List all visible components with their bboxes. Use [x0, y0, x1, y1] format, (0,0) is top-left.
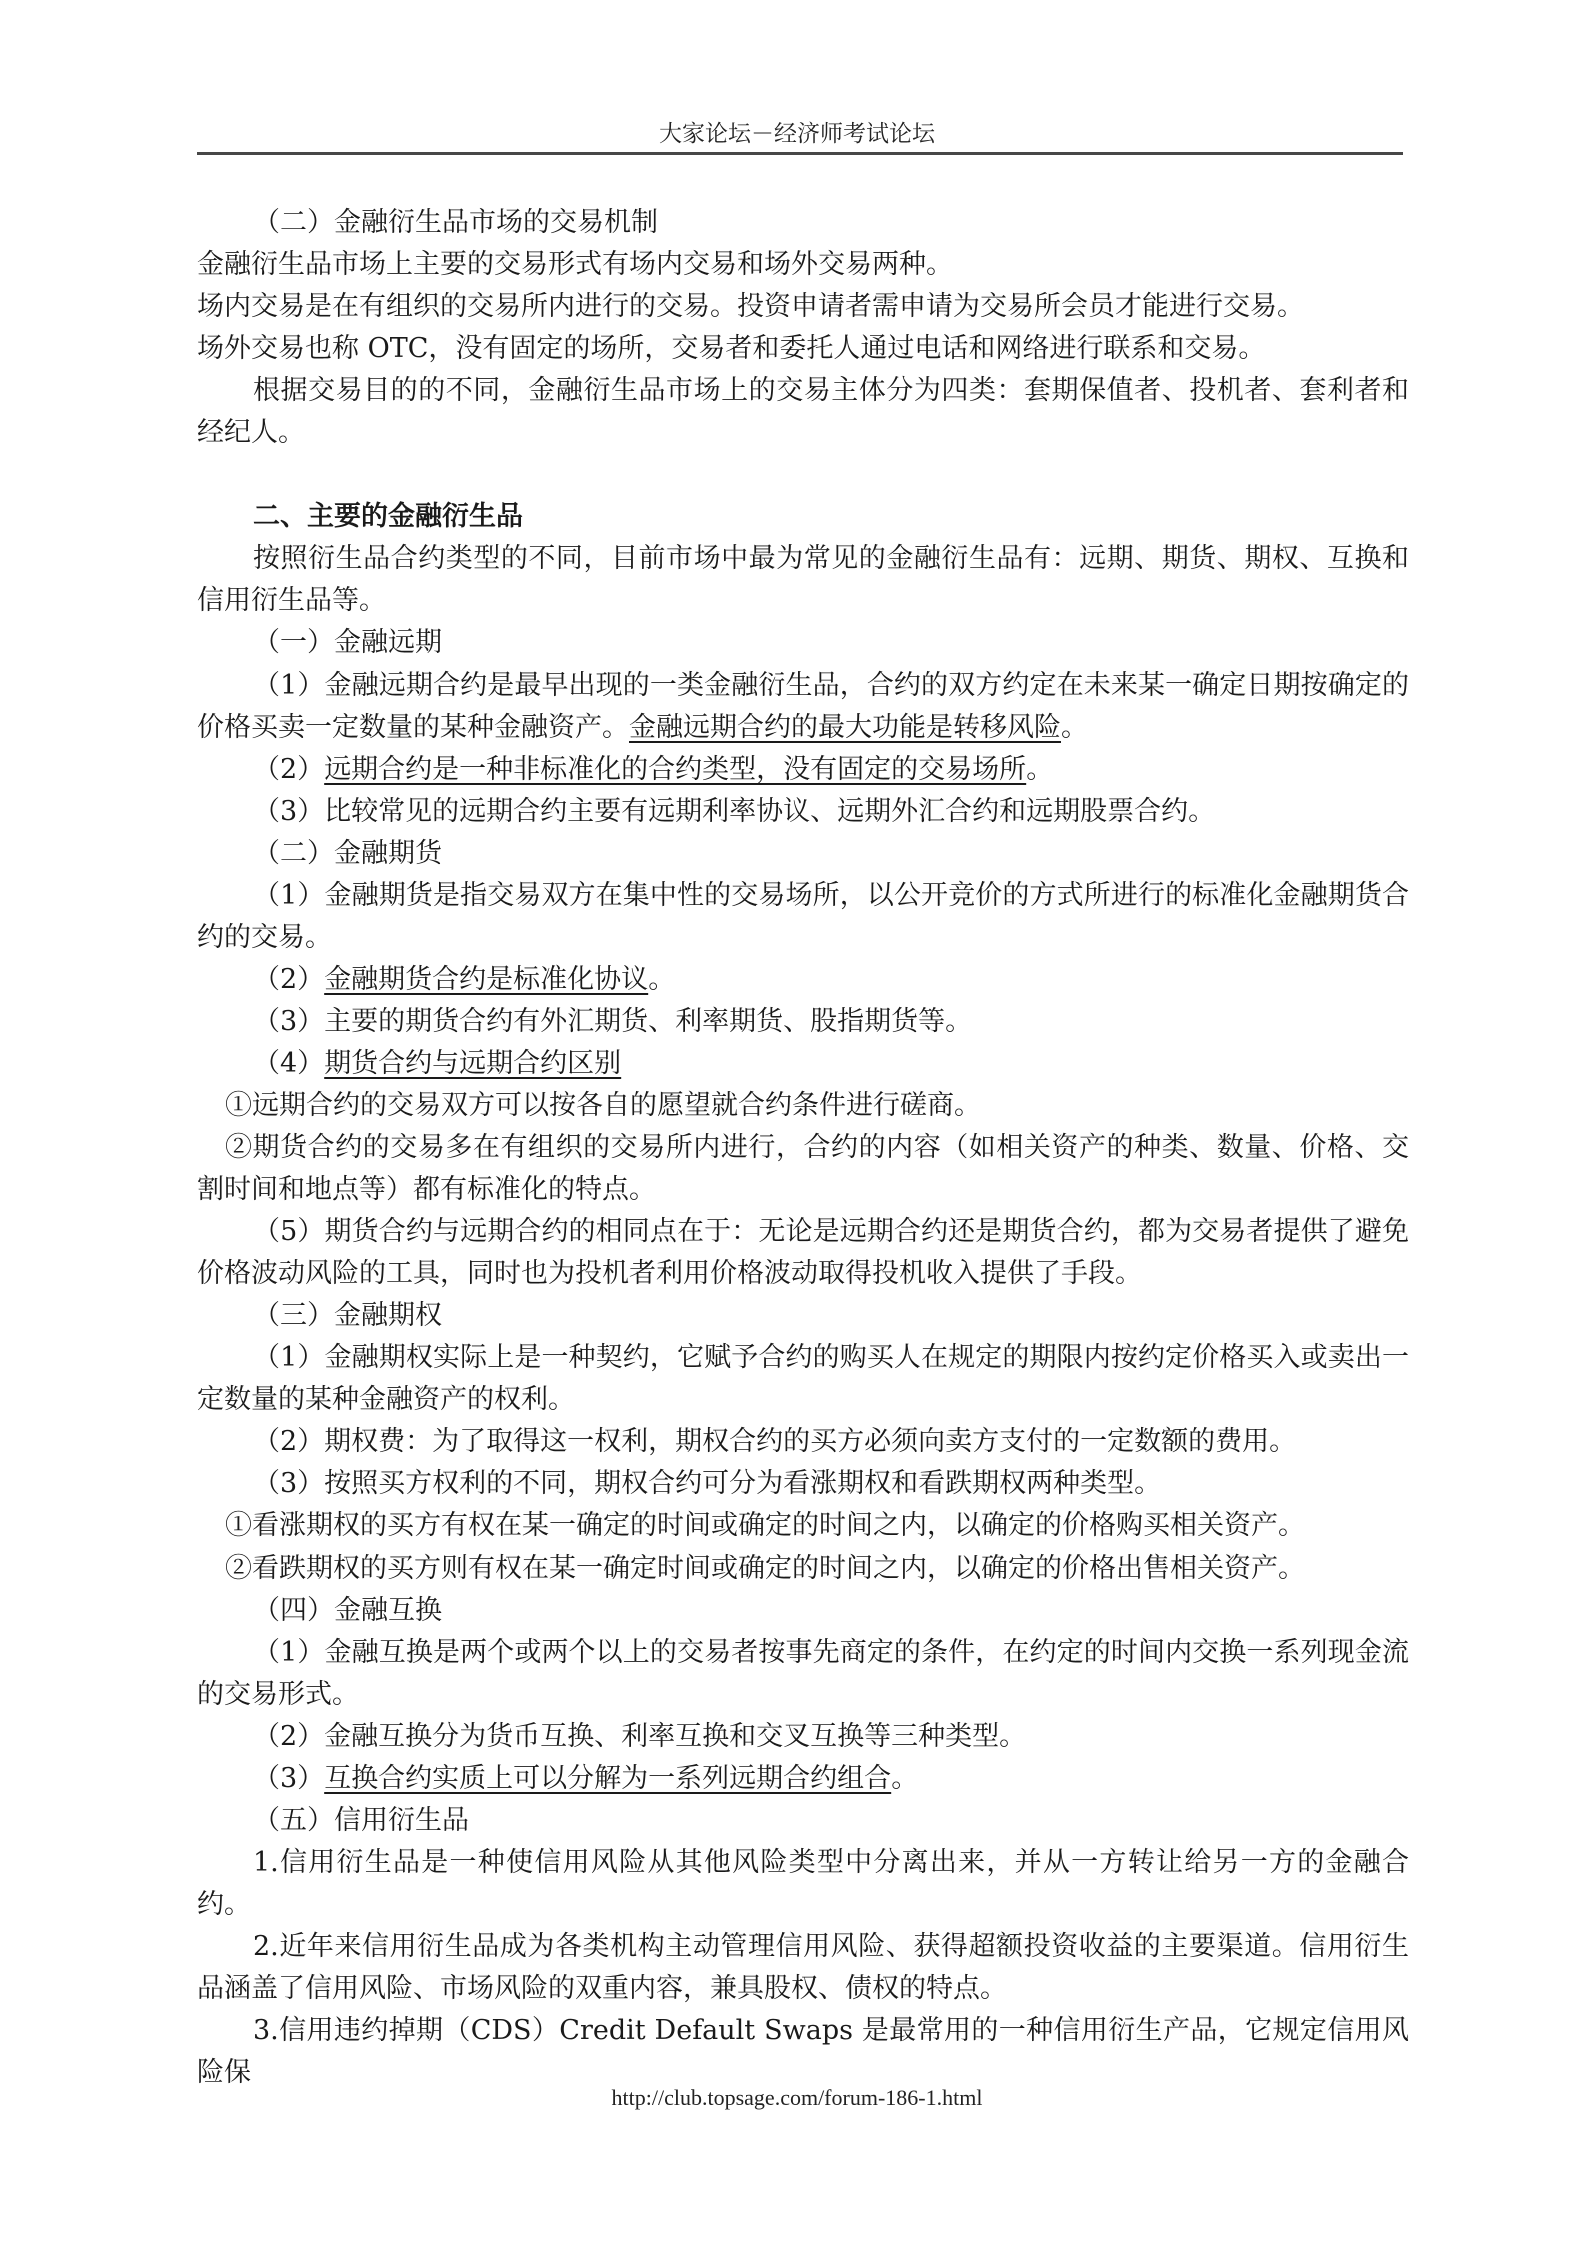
paragraph: ②期货合约的交易多在有组织的交易所内进行，合约的内容（如相关资产的种类、数量、价…: [197, 1127, 1409, 1211]
paragraph: 按照衍生品合约类型的不同，目前市场中最为常见的金融衍生品有：远期、期货、期权、互…: [197, 538, 1409, 622]
paragraph: （1）金融互换是两个或两个以上的交易者按事先商定的条件，在约定的时间内交换一系列…: [197, 1632, 1409, 1716]
footer-url: http://club.topsage.com/forum-186-1.html: [0, 2084, 1594, 2112]
paragraph: ①看涨期权的买方有权在某一确定的时间或确定的时间之内，以确定的价格购买相关资产。: [197, 1505, 1409, 1547]
paragraph: 3.信用违约掉期（CDS）Credit Default Swaps 是最常用的一…: [197, 2010, 1409, 2094]
subheading-swaps: （四）金融互换: [197, 1590, 1409, 1632]
paragraph: （1）金融期权实际上是一种契约，它赋予合约的购买人在规定的期限内按约定价格买入或…: [197, 1337, 1409, 1421]
paragraph: （5）期货合约与远期合约的相同点在于：无论是远期合约还是期货合约，都为交易者提供…: [197, 1211, 1409, 1295]
paragraph: （2）期权费：为了取得这一权利，期权合约的买方必须向卖方支付的一定数额的费用。: [197, 1421, 1409, 1463]
paragraph: （3）比较常见的远期合约主要有远期利率协议、远期外汇合约和远期股票合约。: [197, 791, 1409, 833]
text: （2）: [253, 754, 324, 785]
paragraph: 金融衍生品市场上主要的交易形式有场内交易和场外交易两种。: [197, 244, 1409, 286]
spacer: [197, 454, 1409, 496]
section-heading-main-derivatives: 二、主要的金融衍生品: [197, 496, 1409, 538]
paragraph: （1）金融远期合约是最早出现的一类金融衍生品，合约的双方约定在未来某一确定日期按…: [197, 665, 1409, 749]
paragraph: （2）金融期货合约是标准化协议。: [197, 959, 1409, 1001]
paragraph: （2）远期合约是一种非标准化的合约类型，没有固定的交易场所。: [197, 749, 1409, 791]
paragraph: （1）金融期货是指交易双方在集中性的交易场所，以公开竞价的方式所进行的标准化金融…: [197, 875, 1409, 959]
paragraph: （2）金融互换分为货币互换、利率互换和交叉互换等三种类型。: [197, 1716, 1409, 1758]
underlined-key-point: 远期合约是一种非标准化的合约类型，没有固定的交易场所: [324, 754, 1026, 785]
underlined-key-point: 互换合约实质上可以分解为一系列远期合约组合: [324, 1763, 891, 1794]
paragraph: 场外交易也称 OTC，没有固定的场所，交易者和委托人通过电话和网络进行联系和交易…: [197, 328, 1409, 370]
paragraph: ②看跌期权的买方则有权在某一确定时间或确定的时间之内，以确定的价格出售相关资产。: [197, 1548, 1409, 1590]
subheading-credit-derivatives: （五）信用衍生品: [197, 1800, 1409, 1842]
subheading-options: （三）金融期权: [197, 1295, 1409, 1337]
paragraph: （3）互换合约实质上可以分解为一系列远期合约组合。: [197, 1758, 1409, 1800]
text: 。: [648, 964, 675, 995]
text: （3）: [253, 1763, 324, 1794]
document-body: （二）金融衍生品市场的交易机制 金融衍生品市场上主要的交易形式有场内交易和场外交…: [197, 202, 1409, 2094]
subheading-forwards: （一）金融远期: [197, 622, 1409, 664]
paragraph: 根据交易目的的不同，金融衍生品市场上的交易主体分为四类：套期保值者、投机者、套利…: [197, 370, 1409, 454]
text: （2）: [253, 964, 324, 995]
underlined-key-point: 期货合约与远期合约区别: [324, 1048, 621, 1079]
subheading-trading-mechanism: （二）金融衍生品市场的交易机制: [197, 202, 1409, 244]
paragraph: （3）按照买方权利的不同，期权合约可分为看涨期权和看跌期权两种类型。: [197, 1463, 1409, 1505]
text: 。: [1026, 754, 1053, 785]
paragraph: 1.信用衍生品是一种使信用风险从其他风险类型中分离出来，并从一方转让给另一方的金…: [197, 1842, 1409, 1926]
paragraph: 场内交易是在有组织的交易所内进行的交易。投资申请者需申请为交易所会员才能进行交易…: [197, 286, 1409, 328]
text: 。: [891, 1763, 918, 1794]
underlined-key-point: 金融期货合约是标准化协议: [324, 964, 648, 995]
header-divider: [197, 152, 1403, 155]
subheading-futures: （二）金融期货: [197, 833, 1409, 875]
page-header-title: 大家论坛－经济师考试论坛: [0, 118, 1594, 150]
paragraph: （3）主要的期货合约有外汇期货、利率期货、股指期货等。: [197, 1001, 1409, 1043]
paragraph: （4）期货合约与远期合约区别: [197, 1043, 1409, 1085]
text: （4）: [253, 1048, 324, 1079]
underlined-key-point: 金融远期合约的最大功能是转移风险: [629, 712, 1061, 743]
text: 。: [1061, 712, 1088, 743]
paragraph: ①远期合约的交易双方可以按各自的愿望就合约条件进行磋商。: [197, 1085, 1409, 1127]
paragraph: 2.近年来信用衍生品成为各类机构主动管理信用风险、获得超额投资收益的主要渠道。信…: [197, 1926, 1409, 2010]
